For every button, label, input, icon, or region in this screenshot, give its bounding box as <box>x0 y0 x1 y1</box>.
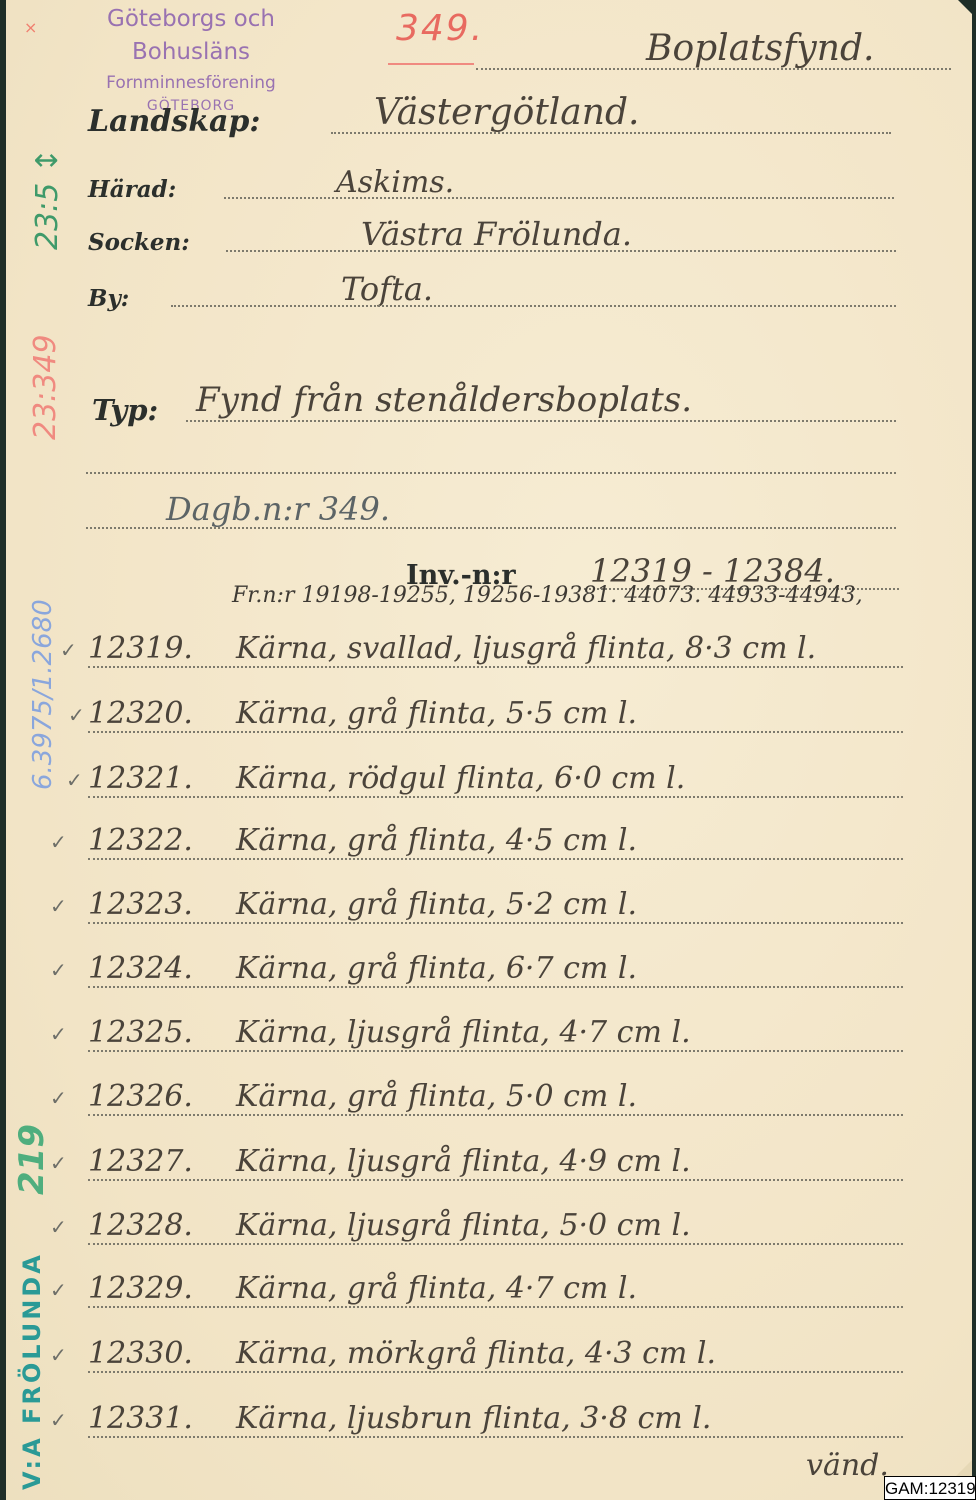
list-item: ✓ 12330. Kärna, mörkgrå flinta, 4·3 cm l… <box>88 1325 903 1375</box>
landskap-dotted-line <box>331 132 891 134</box>
check-icon: ✓ <box>50 1215 67 1239</box>
socken-value: Västra Frölunda. <box>361 215 632 253</box>
row-dotted-line <box>88 1050 903 1052</box>
catalog-card: × Göteborgs och Bohusläns Fornminnesföre… <box>6 0 972 1500</box>
row-dotted-line <box>88 986 903 988</box>
check-icon: ✓ <box>50 894 67 918</box>
list-item: ✓ 12326. Kärna, grå flinta, 5·0 cm l. <box>88 1068 903 1118</box>
item-description: Kärna, grå flinta, 5·5 cm l. <box>236 696 637 731</box>
item-number: 12321. <box>88 761 193 796</box>
catalog-id-label: GAM:12319 <box>884 1476 976 1500</box>
typ-dotted-line-2 <box>86 472 896 474</box>
harad-value: Askims. <box>336 165 454 200</box>
item-description: Kärna, svallad, ljusgrå flinta, 8·3 cm l… <box>236 631 816 666</box>
society-stamp: Göteborgs och Bohusläns Fornminnesföreni… <box>46 2 336 114</box>
item-number: 12331. <box>88 1401 193 1436</box>
check-icon: ✓ <box>68 703 85 727</box>
harad-dotted-line <box>224 197 894 199</box>
blue-margin-number: 6.3975/1.2680 <box>28 599 58 790</box>
row-dotted-line <box>88 1436 903 1438</box>
check-icon: ✓ <box>50 830 67 854</box>
item-number: 12326. <box>88 1079 193 1114</box>
check-icon: ✓ <box>50 1343 67 1367</box>
row-dotted-line <box>88 796 903 798</box>
row-dotted-line <box>88 858 903 860</box>
item-description: Kärna, grå flinta, 4·5 cm l. <box>236 823 637 858</box>
parish-stamp: V:A FRÖLUNDA <box>18 1252 46 1490</box>
item-description: Kärna, ljusbrun flinta, 3·8 cm l. <box>236 1401 711 1436</box>
list-item: ✓ 12324. Kärna, grå flinta, 6·7 cm l. <box>88 940 903 990</box>
list-item: ✓ 12319. Kärna, svallad, ljusgrå flinta,… <box>88 620 903 670</box>
item-description: Kärna, grå flinta, 4·7 cm l. <box>236 1271 637 1306</box>
list-item: ✓ 12320. Kärna, grå flinta, 5·5 cm l. <box>88 685 903 735</box>
red-catalog-number: 349. <box>396 8 484 49</box>
by-label: By: <box>88 285 129 312</box>
item-description: Kärna, grå flinta, 5·2 cm l. <box>236 887 637 922</box>
typ-dotted-line <box>186 420 896 422</box>
item-description: Kärna, ljusgrå flinta, 4·9 cm l. <box>236 1144 691 1179</box>
item-description: Kärna, ljusgrå flinta, 4·7 cm l. <box>236 1015 691 1050</box>
item-number: 12324. <box>88 951 193 986</box>
turn-over-note: vänd. <box>806 1448 889 1483</box>
category-title: Boplatsfynd. <box>646 28 874 69</box>
red-margin-number: 23:349 <box>28 334 63 440</box>
harad-label: Härad: <box>88 176 176 203</box>
corner-fold <box>958 0 972 14</box>
item-number: 12319. <box>88 631 193 666</box>
fr-numbers: Fr.n:r 19198-19255, 19256-19381. 44073. … <box>232 583 863 608</box>
item-number: 12322. <box>88 823 193 858</box>
check-icon: ✓ <box>50 1408 67 1432</box>
list-item: ✓ 12327. Kärna, ljusgrå flinta, 4·9 cm l… <box>88 1133 903 1183</box>
row-dotted-line <box>88 1306 903 1308</box>
item-number: 12327. <box>88 1144 193 1179</box>
list-item: ✓ 12322. Kärna, grå flinta, 4·5 cm l. <box>88 812 903 862</box>
row-dotted-line <box>88 922 903 924</box>
item-number: 12328. <box>88 1208 193 1243</box>
typ-label: Typ: <box>92 393 158 427</box>
item-description: Kärna, grå flinta, 6·7 cm l. <box>236 951 637 986</box>
item-number: 12325. <box>88 1015 193 1050</box>
stamp-line-1: Göteborgs och <box>46 2 336 36</box>
item-number: 12330. <box>88 1336 193 1371</box>
item-number: 12323. <box>88 887 193 922</box>
list-item: ✓ 12331. Kärna, ljusbrun flinta, 3·8 cm … <box>88 1390 903 1440</box>
row-dotted-line <box>88 1114 903 1116</box>
item-number: 12320. <box>88 696 193 731</box>
list-item: ✓ 12329. Kärna, grå flinta, 4·7 cm l. <box>88 1260 903 1310</box>
check-icon: ✓ <box>50 1151 67 1175</box>
list-item: ✓ 12328. Kärna, ljusgrå flinta, 5·0 cm l… <box>88 1197 903 1247</box>
socken-label: Socken: <box>88 229 190 256</box>
row-dotted-line <box>88 1243 903 1245</box>
item-number: 12329. <box>88 1271 193 1306</box>
green-margin-note: 23:5 ↕ <box>30 148 65 250</box>
stamp-line-2: Bohusläns <box>46 36 336 68</box>
stamp-line-3: Fornminnesförening <box>46 68 336 98</box>
red-x-mark: × <box>24 18 37 37</box>
check-icon: ✓ <box>66 768 83 792</box>
category-dotted-line <box>476 68 951 70</box>
dagbok-dotted-line <box>86 527 896 529</box>
row-dotted-line <box>88 1179 903 1181</box>
row-dotted-line <box>88 731 903 733</box>
item-description: Kärna, mörkgrå flinta, 4·3 cm l. <box>236 1336 716 1371</box>
list-item: ✓ 12323. Kärna, grå flinta, 5·2 cm l. <box>88 876 903 926</box>
check-icon: ✓ <box>50 1086 67 1110</box>
socken-dotted-line <box>226 250 896 252</box>
by-dotted-line <box>171 305 896 307</box>
row-dotted-line <box>88 1371 903 1373</box>
check-icon: ✓ <box>60 638 77 662</box>
list-item: ✓ 12321. Kärna, rödgul flinta, 6·0 cm l. <box>88 750 903 800</box>
list-item: ✓ 12325. Kärna, ljusgrå flinta, 4·7 cm l… <box>88 1004 903 1054</box>
red-underline <box>388 63 474 65</box>
item-description: Kärna, rödgul flinta, 6·0 cm l. <box>236 761 685 796</box>
check-icon: ✓ <box>50 958 67 982</box>
typ-value: Fynd från stenåldersboplats. <box>196 380 692 420</box>
landskap-label: Landskap: <box>88 104 261 139</box>
row-dotted-line <box>88 666 903 668</box>
dagbok-number: Dagb.n:r 349. <box>166 490 390 528</box>
check-icon: ✓ <box>50 1022 67 1046</box>
check-icon: ✓ <box>50 1278 67 1302</box>
item-description: Kärna, grå flinta, 5·0 cm l. <box>236 1079 637 1114</box>
landskap-value: Västergötland. <box>374 92 639 133</box>
item-description: Kärna, ljusgrå flinta, 5·0 cm l. <box>236 1208 691 1243</box>
by-value: Tofta. <box>341 270 433 308</box>
green-margin-number: 219 <box>12 1124 52 1195</box>
